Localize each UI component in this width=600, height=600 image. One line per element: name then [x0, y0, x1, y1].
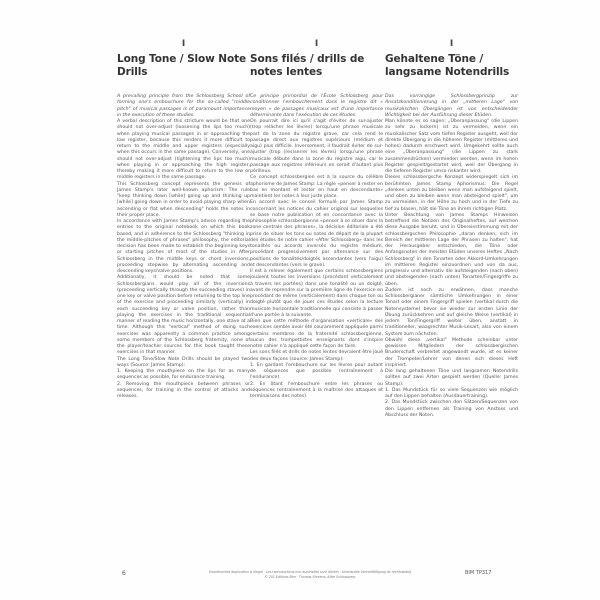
section-title: Long Tone / Slow Note Drills: [117, 53, 250, 81]
paragraph: Zudem ist noch zu erwähnen, dass manche …: [385, 288, 518, 338]
paragraph: The Long Tone/Slow Note Drills should be…: [117, 357, 250, 370]
column-german: I Gehaltene Töne / langsame Notendrills …: [385, 38, 518, 419]
page-footer: 6 Unauthorized duplication is illegal · …: [0, 570, 600, 590]
paragraph: Bien que cette méthode d'organisation «v…: [250, 319, 383, 350]
intro-paragraph: A prevailing principle from the Schlossb…: [117, 94, 250, 119]
paragraph: 2. Das Mundstück zwischen den Sätzen/Seq…: [385, 400, 518, 419]
paragraph: 2. En ôtant l'embouchure entre les phras…: [250, 382, 383, 401]
section-marker: I: [385, 38, 518, 50]
paragraph: Il est à relever également que certains …: [250, 269, 383, 319]
legal-line: © 201 Editions Bim · Thomas Stevens, Aft…: [200, 575, 420, 580]
copyright-notice: Unauthorized duplication is illegal · Le…: [200, 570, 420, 580]
paragraph: On pourrait dire ici qu'il s'agit d'évit…: [250, 119, 383, 175]
catalog-number: BIM TP317: [465, 570, 491, 576]
paragraph: Dieses schlossbergsche Konzept widerspie…: [385, 175, 518, 213]
paragraph: 2. Removing the mouthpiece between phras…: [117, 382, 250, 401]
section-marker: I: [117, 38, 250, 50]
document-page: I Long Tone / Slow Note Drills A prevail…: [0, 0, 600, 600]
paragraph: Unter Beachtung von James Stamps Hinweis…: [385, 213, 518, 288]
column-french: I Sons filés / drills de notes lentes Ce…: [250, 38, 383, 400]
intro-paragraph: Das vorrangige Schlossbergprinzip zur An…: [385, 94, 518, 119]
section-title: Sons filés / drills de notes lentes: [250, 53, 383, 81]
section-body: A prevailing principle from the Schlossb…: [117, 94, 250, 400]
column-english: I Long Tone / Slow Note Drills A prevail…: [117, 38, 250, 400]
page-number: 6: [122, 570, 126, 577]
paragraph: In accordance with James Stamp's advice …: [117, 219, 250, 275]
section-marker: I: [250, 38, 383, 50]
paragraph: Les sons filés et drills de notes lentes…: [250, 350, 383, 363]
paragraph: 1. Das Mundstück für so viele Sequenzen …: [385, 388, 518, 401]
paragraph: This Schlossberg concept represents the …: [117, 182, 250, 220]
paragraph: Die lang gehaltenen Töne und langsamen N…: [385, 369, 518, 388]
paragraph: 1. En gardant l'embouchure sur les lèvre…: [250, 363, 383, 382]
section-body: Das vorrangige Schlossbergprinzip zur An…: [385, 94, 518, 419]
section-title: Gehaltene Töne / langsame Notendrills: [385, 53, 518, 81]
paragraph: Man könnte es so sagen: „Überanpassung" …: [385, 119, 518, 175]
paragraph: Additionally, it should be noted that so…: [117, 275, 250, 356]
paragraph: Obwohl diese „vertikal" Methode scheinba…: [385, 338, 518, 369]
paragraph: A verbal description of this stricture w…: [117, 119, 250, 182]
intro-paragraph: Ce principe primordial de l'École Schlos…: [250, 94, 383, 119]
paragraph: Ce concept schlossbergien est à la sourc…: [250, 175, 383, 200]
paragraph: En accord avec le conseil formulé par Ja…: [250, 200, 383, 269]
section-body: Ce principe primordial de l'École Schlos…: [250, 94, 383, 400]
paragraph: 1. Keeping the mouthpiece on the lips fo…: [117, 369, 250, 382]
